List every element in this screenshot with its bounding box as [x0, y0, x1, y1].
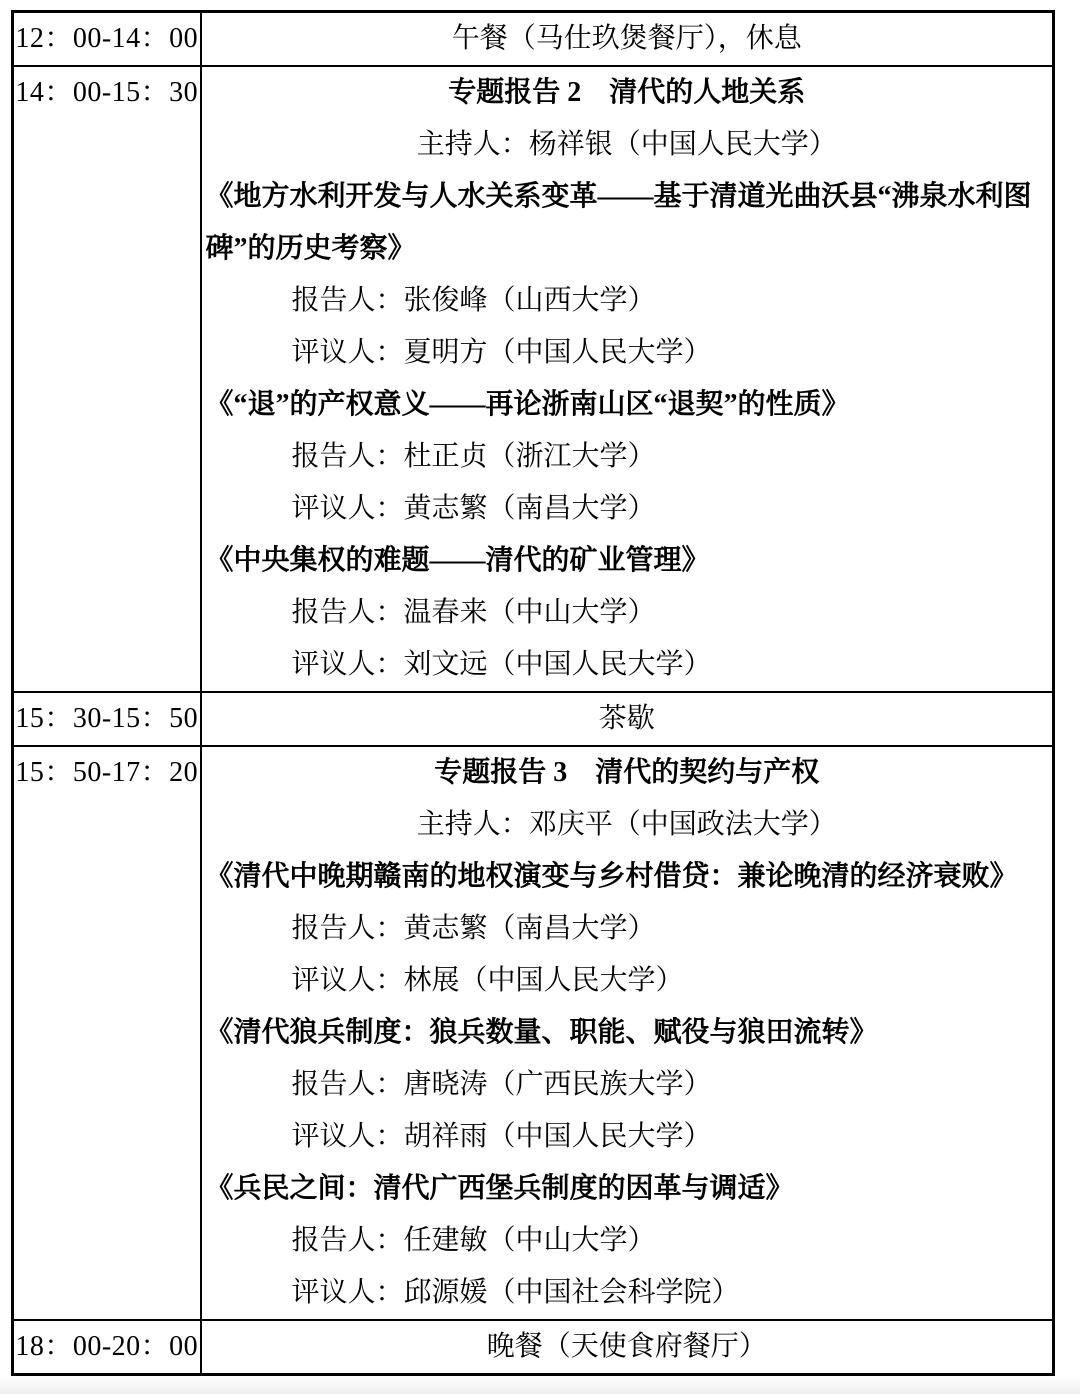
moderator-line: 主持人：邓庆平（中国政法大学） — [202, 799, 1053, 851]
speaker-line: 报告人：黄志繁（南昌大学） — [202, 903, 1053, 955]
discussant-line: 评议人：林展（中国人民大学） — [202, 955, 1053, 1007]
paper-title: 《中央集权的难题——清代的矿业管理》 — [202, 535, 1053, 587]
time-cell: 14：00-15：30 — [13, 66, 201, 692]
page-bottom-edge — [0, 1376, 1080, 1394]
time-cell: 15：30-15：50 — [13, 692, 201, 746]
discussant-line: 评议人：邱源媛（中国社会科学院） — [202, 1267, 1053, 1319]
table-row-tea-break: 15：30-15：50 茶歇 — [13, 692, 1054, 746]
paper-title: 《清代中晚期赣南的地权演变与乡村借贷：兼论晚清的经济衰败》 — [202, 851, 1053, 903]
session-title: 专题报告 3 清代的契约与产权 — [202, 747, 1053, 799]
discussant-line: 评议人：刘文远（中国人民大学） — [202, 639, 1053, 691]
moderator-line: 主持人：杨祥银（中国人民大学） — [202, 119, 1053, 171]
event-label: 晚餐（天使食府餐厅） — [201, 1320, 1054, 1375]
document-page: 12：00-14：00 午餐（马仕玖煲餐厅），休息 14：00-15：30 专题… — [0, 0, 1080, 1394]
paper-title: 《清代狼兵制度：狼兵数量、职能、赋役与狼田流转》 — [202, 1007, 1053, 1059]
session-title: 专题报告 2 清代的人地关系 — [202, 67, 1053, 119]
speaker-line: 报告人：张俊峰（山西大学） — [202, 275, 1053, 327]
time-cell: 12：00-14：00 — [13, 12, 201, 67]
discussant-line: 评议人：胡祥雨（中国人民大学） — [202, 1111, 1053, 1163]
session-cell: 专题报告 2 清代的人地关系 主持人：杨祥银（中国人民大学） 《地方水利开发与人… — [201, 66, 1054, 692]
table-row-dinner: 18：00-20：00 晚餐（天使食府餐厅） — [13, 1320, 1054, 1375]
table-row-session-2: 14：00-15：30 专题报告 2 清代的人地关系 主持人：杨祥银（中国人民大… — [13, 66, 1054, 692]
speaker-line: 报告人：杜正贞（浙江大学） — [202, 431, 1053, 483]
schedule-table: 12：00-14：00 午餐（马仕玖煲餐厅），休息 14：00-15：30 专题… — [11, 10, 1055, 1376]
table-row-session-3: 15：50-17：20 专题报告 3 清代的契约与产权 主持人：邓庆平（中国政法… — [13, 746, 1054, 1320]
discussant-line: 评议人：黄志繁（南昌大学） — [202, 483, 1053, 535]
session-cell: 专题报告 3 清代的契约与产权 主持人：邓庆平（中国政法大学） 《清代中晚期赣南… — [201, 746, 1054, 1320]
table-row-lunch: 12：00-14：00 午餐（马仕玖煲餐厅），休息 — [13, 12, 1054, 67]
speaker-line: 报告人：温春来（中山大学） — [202, 587, 1053, 639]
paper-title: 《地方水利开发与人水关系变革——基于清道光曲沃县“沸泉水利图碑”的历史考察》 — [202, 171, 1053, 275]
paper-title: 《“退”的产权意义——再论浙南山区“退契”的性质》 — [202, 379, 1053, 431]
event-label: 茶歇 — [201, 692, 1054, 746]
speaker-line: 报告人：任建敏（中山大学） — [202, 1215, 1053, 1267]
time-cell: 15：50-17：20 — [13, 746, 201, 1320]
speaker-line: 报告人：唐晓涛（广西民族大学） — [202, 1059, 1053, 1111]
discussant-line: 评议人：夏明方（中国人民大学） — [202, 327, 1053, 379]
event-label: 午餐（马仕玖煲餐厅），休息 — [201, 12, 1054, 67]
time-cell: 18：00-20：00 — [13, 1320, 201, 1375]
paper-title: 《兵民之间：清代广西堡兵制度的因革与调适》 — [202, 1163, 1053, 1215]
